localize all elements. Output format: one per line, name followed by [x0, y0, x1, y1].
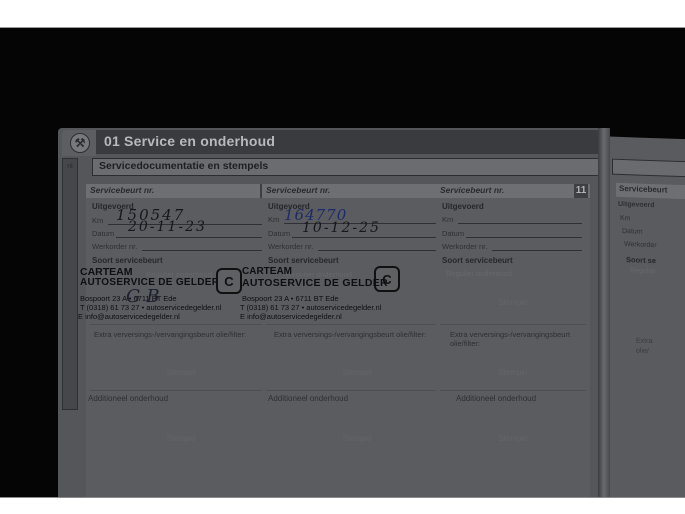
photo: Servicebeurt Uitgevoerd Km Datum Werkord… — [0, 28, 685, 498]
photo-bottom-edge — [0, 497, 685, 498]
extra-label: Extra verversings-/vervangingsbeurt olie… — [274, 330, 426, 339]
divider — [440, 390, 586, 391]
right-regular: Regulier — [630, 267, 656, 275]
right-performed: Uitgevoerd — [618, 201, 655, 209]
divider — [90, 390, 272, 391]
side-tab: nl — [62, 158, 78, 410]
date-line — [292, 237, 440, 238]
stamp-email: E info@autoservicedegelder.nl — [78, 312, 180, 321]
date-value: 20-11-23 — [128, 219, 207, 235]
stamp-phone: T (0318) 61 73 27 • autoservicedegelder.… — [240, 303, 381, 312]
stamp-placeholder: Stempel — [436, 434, 590, 443]
service-type-label: Soort servicebeurt — [442, 256, 582, 265]
work-order-line — [492, 250, 582, 251]
section-title: 01 Service en onderhoud — [104, 133, 275, 149]
stamp-placeholder: Stempel — [436, 298, 590, 307]
divider — [266, 390, 448, 391]
performed-label: Uitgevoerd — [442, 202, 582, 211]
service-card-11: Servicebeurt nr. 11 Uitgevoerd Km Datum … — [436, 184, 590, 498]
service-card-10: Servicebeurt nr. 10 Uitgevoerd Km 164770… — [262, 184, 452, 498]
right-work-order: Werkorder — [624, 241, 657, 249]
divider — [90, 324, 272, 325]
right-card-head: Servicebeurt — [616, 183, 685, 200]
side-tab-label: nl — [63, 163, 77, 170]
card-number: 11 — [574, 184, 588, 198]
right-extra2: olie/ — [636, 347, 649, 354]
divider — [440, 324, 586, 325]
stamp-line1: CARTEAM — [242, 266, 292, 277]
date-line — [116, 237, 266, 238]
card-header: Servicebeurt nr. 10 — [262, 184, 452, 198]
right-date: Datum — [622, 228, 643, 236]
booklet-spine — [598, 128, 610, 498]
right-page: Servicebeurt Uitgevoerd Km Datum Werkord… — [606, 136, 685, 498]
right-km: Km — [620, 215, 631, 222]
km-line — [458, 223, 582, 224]
divider — [266, 324, 448, 325]
work-order-line — [142, 250, 266, 251]
signature-initials: GB — [126, 286, 166, 307]
service-booklet: Servicebeurt Uitgevoerd Km Datum Werkord… — [58, 128, 685, 498]
service-type-label: Soort servicebeurt — [268, 256, 444, 265]
carteam-logo-icon: C — [216, 268, 242, 294]
stamp-placeholder: Stempel — [86, 368, 276, 377]
service-type-label: Soort servicebeurt — [92, 256, 268, 265]
right-card-header: Servicebeurt — [619, 184, 667, 195]
stamp-placeholder: Stempel — [86, 434, 276, 443]
stamp-address: Bospoort 23 A • 6711 BT Ede — [242, 294, 339, 303]
section-header: ⚒ 01 Service en onderhoud — [62, 130, 602, 154]
additional-label: Additioneel onderhoud — [268, 394, 348, 403]
additional-label: Additioneel onderhoud — [88, 394, 168, 403]
regular-label: Regulier onderhoud — [446, 269, 512, 278]
section-icon-box: ⚒ — [62, 130, 96, 156]
date-line — [466, 237, 582, 238]
additional-label: Additioneel onderhoud — [456, 394, 536, 403]
stamp-placeholder: Stempel — [262, 368, 452, 377]
stamp-placeholder: Stempel — [262, 434, 452, 443]
service-card-9: Servicebeurt nr. 9 Uitgevoerd Km 150547 … — [86, 184, 276, 498]
work-order-line — [318, 250, 440, 251]
stamp-email: E info@autoservicedegelder.nl — [240, 312, 342, 321]
page-subtitle: Servicedocumentatie en stempels — [99, 160, 268, 172]
left-page: ⚒ 01 Service en onderhoud nl Servicedocu… — [58, 128, 603, 498]
right-service-type: Soort se — [626, 255, 656, 265]
card-header-label: Servicebeurt nr. — [440, 185, 504, 195]
date-value: 10-12-25 — [302, 220, 381, 236]
extra-label: Extra verversings-/vervangingsbeurt olie… — [450, 330, 590, 348]
right-subtitle-box — [612, 159, 685, 178]
right-extra: Extra — [636, 337, 652, 345]
wrench-icon: ⚒ — [70, 133, 90, 153]
card-header-label: Servicebeurt nr. — [90, 185, 154, 195]
subtitle-box: Servicedocumentatie en stempels — [92, 158, 604, 176]
stamp-placeholder: Stempel — [436, 368, 590, 377]
card-header: Servicebeurt nr. 9 — [86, 184, 276, 198]
card-header-label: Servicebeurt nr. — [266, 185, 330, 195]
stamp-line2: AUTOSERVICE DE GELDER — [242, 277, 388, 289]
card-header: Servicebeurt nr. 11 — [436, 184, 590, 198]
extra-label: Extra verversings-/vervangingsbeurt olie… — [94, 330, 246, 339]
